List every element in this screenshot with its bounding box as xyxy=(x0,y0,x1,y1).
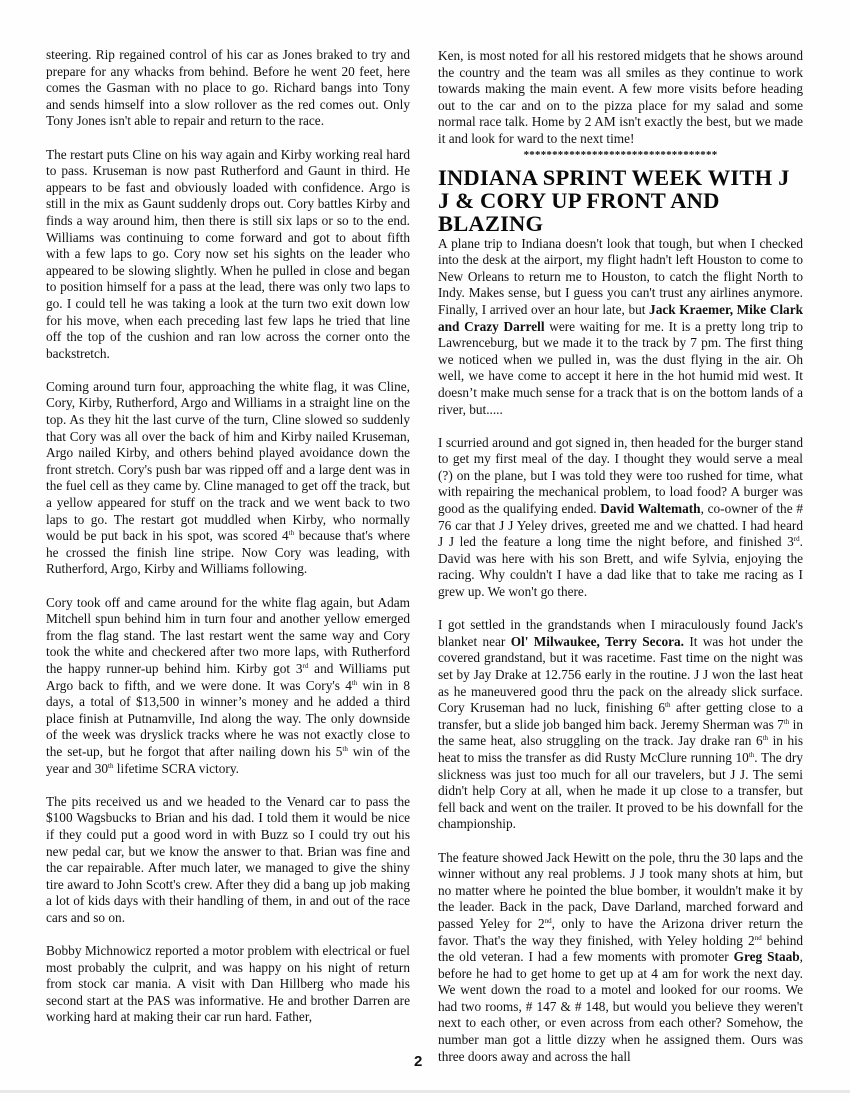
section-separator: ********************************** xyxy=(438,148,803,162)
ordinal-suffix: nd xyxy=(545,917,552,925)
paragraph: steering. Rip regained control of his ca… xyxy=(46,47,410,130)
paragraph: Coming around turn four, approaching the… xyxy=(46,379,410,578)
paragraph: A plane trip to Indiana doesn't look tha… xyxy=(438,236,803,419)
text: lifetime SCRA victory. xyxy=(113,761,238,776)
ordinal-suffix: nd xyxy=(755,934,762,942)
scan-edge xyxy=(0,1090,850,1093)
paragraph: I scurried around and got signed in, the… xyxy=(438,435,803,601)
paragraph: The pits received us and we headed to th… xyxy=(46,794,410,927)
left-column: steering. Rip regained control of his ca… xyxy=(46,47,410,1026)
bold-name: Greg Staab xyxy=(734,949,800,964)
text: , before he had to get home to get up at… xyxy=(438,949,803,1064)
paragraph: Ken, is most noted for all his restored … xyxy=(438,48,803,148)
paragraph: The feature showed Jack Hewitt on the po… xyxy=(438,850,803,1066)
paragraph: Cory took off and came around for the wh… xyxy=(46,595,410,778)
paragraph: I got settled in the grandstands when I … xyxy=(438,617,803,833)
paragraph: The restart puts Cline on his way again … xyxy=(46,147,410,363)
bold-name: David Waltemath xyxy=(600,501,700,516)
text: Coming around turn four, approaching the… xyxy=(46,379,410,543)
paragraph: Bobby Michnowicz reported a motor proble… xyxy=(46,943,410,1026)
newsletter-page: steering. Rip regained control of his ca… xyxy=(0,0,850,1100)
bold-name: Ol' Milwaukee, Terry Secora. xyxy=(511,634,684,649)
right-column: Ken, is most noted for all his restored … xyxy=(438,48,803,1065)
article-headline: INDIANA SPRINT WEEK WITH J J & CORY UP F… xyxy=(438,166,803,235)
page-number: 2 xyxy=(414,1053,422,1070)
